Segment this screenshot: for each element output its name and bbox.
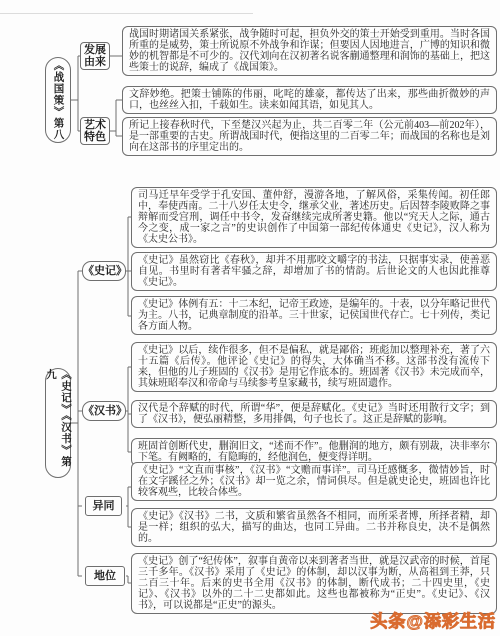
- page-top-rule: [0, 13, 253, 14]
- branch-label-status: 地位: [85, 566, 125, 586]
- text-box-shiji-structure: 《史记》体例有五：十二本纪，记帝王政迹，是编年的。十表，以分年略记世代为主。八书…: [131, 296, 497, 335]
- text-box-sima-qian: 司马迁早年受学于孔安国、董仲舒，漫游各地，了解风俗，采集传闻。初任郎中，奉使西南…: [131, 187, 497, 248]
- branch-label-similarities-differences: 异同: [85, 496, 122, 516]
- branch-label-hanshu: 《汉书》: [82, 401, 126, 421]
- text-box-shiji-writing: 《史记》虽然窃比《春秋》，却并不用那咬文嚼字的书法，只据事实录，使善恶自见。书里…: [131, 252, 497, 291]
- text-box-ban-biao-ban-gu: 《史记》以后，续作很多，但不是偏私，就是鄙俗；班彪加以整理补充，著了六十五篇《后…: [131, 342, 497, 392]
- text-box-style: 文辞妙绝。把策士铺陈的伟丽，叱咤的雄豪，都传达了出来，那些曲折微妙的声口，也丝丝…: [122, 86, 497, 114]
- text-box-zhengshi-origin: 《史记》创了“纪传体”，叙事自黄帝以来到著者当世，就是汉武帝的时候，首尾三千多年…: [131, 553, 497, 614]
- text-box-cifu-influence: 汉代是个辞赋的时代，所谓“华”，便是辞赋化。《史记》当时还用散行文字；到了《汉书…: [131, 400, 497, 428]
- root-label-shiji-hanshu: 《史记》《汉书》第九: [45, 368, 71, 478]
- branch-label-artistic-features: 艺术 特色: [80, 117, 110, 145]
- text-box-style-comparison: 《史记》“文直而事核”，《汉书》“文赡而事详”。司马迁感慨多，微情妙旨，时在文字…: [131, 462, 497, 501]
- branch-label-origin: 发展 由来: [80, 42, 110, 70]
- text-box-origin: 战国时期诸国关系紧张，战争随时可起，担负外交的策士开始受到重用。当时各国所重的是…: [122, 26, 497, 76]
- text-box-both-great-histories: 《史记》《汉书》二书，文质和繁省虽然各不相同，而所采者博，所择者精，却是一样；组…: [131, 508, 497, 547]
- text-box-history-span: 所记上接春秋时代，下至楚汉兴起为止，共二百零二年（公元前403—前202年），是…: [122, 117, 497, 156]
- mindmap-canvas: 《战国策》第八 发展 由来 战国时期诸国关系紧张，战争随时可起，担负外交的策士开…: [0, 0, 500, 636]
- watermark-toutiao: 头条@添彩生活: [370, 607, 496, 632]
- root-label-zhanguoce: 《战国策》第八: [45, 57, 71, 143]
- branch-label-shiji: 《史记》: [82, 261, 126, 281]
